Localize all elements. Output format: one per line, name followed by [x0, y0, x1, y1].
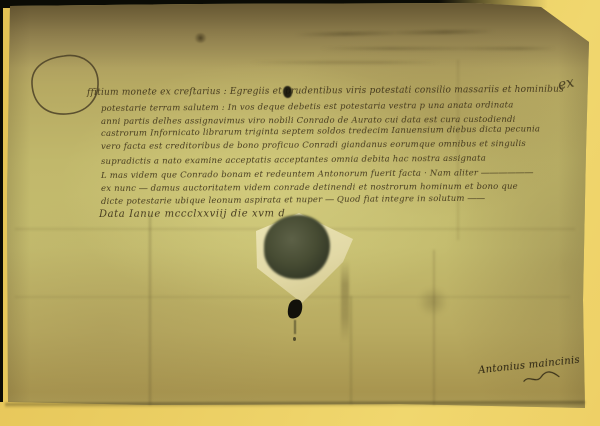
manuscript-photograph: ffitium monete ex creſtarius : Egregiis …: [0, 0, 600, 426]
stain: [194, 33, 207, 43]
fold-crease: [350, 296, 352, 404]
fold-crease: [433, 250, 435, 405]
stain-streak: [341, 260, 349, 342]
ink-drip-dot: [293, 337, 296, 341]
oval-pen-annotation: [28, 52, 102, 118]
ink-bleedthrough: [250, 61, 440, 64]
wax-seal: [264, 215, 330, 279]
ink-blot: [283, 86, 292, 98]
fold-crease: [15, 296, 570, 298]
parchment-bottom-shadow: [5, 401, 585, 408]
left-edge-shadow: [0, 0, 3, 402]
stain: [418, 288, 448, 315]
manuscript-date-line: Data Ianue mccclxxviij die xvm d: [99, 208, 285, 220]
fold-crease: [149, 215, 151, 405]
ink-bleedthrough: [320, 47, 555, 50]
ink-drip: [294, 320, 296, 334]
ex-annotation: ex: [557, 74, 576, 93]
